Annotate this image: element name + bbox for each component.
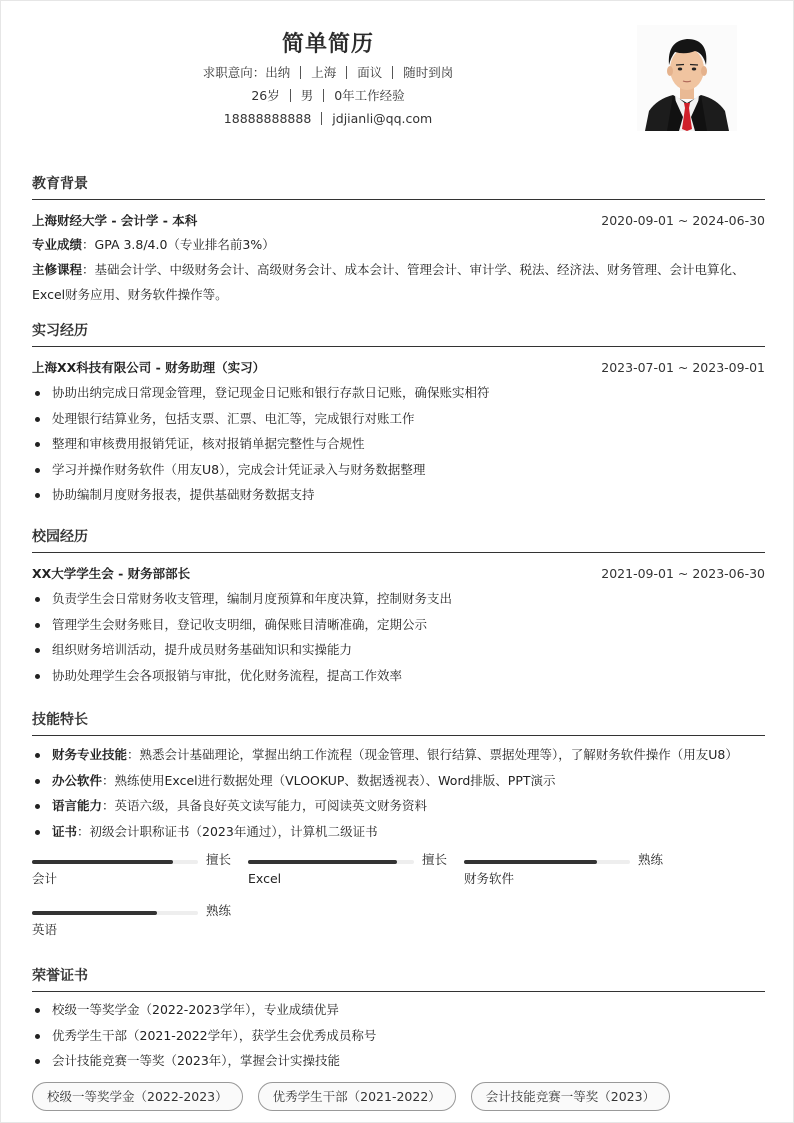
- internship-date: 2023-07-01 ~ 2023-09-01: [601, 357, 765, 379]
- skill-fill: [32, 860, 173, 864]
- section-title: 教育背景: [32, 173, 765, 200]
- courses-label: 主修课程: [32, 262, 82, 277]
- list-item: 校级一等奖学金（2022-2023学年），专业成绩优异: [32, 997, 765, 1023]
- campus-duties: 负责学生会日常财务收支管理，编制月度预算和年度决算，控制财务支出 管理学生会财务…: [32, 586, 765, 688]
- skill-level: 擅长: [206, 852, 231, 868]
- skill-level: 熟练: [638, 852, 663, 868]
- honor-tag: 优秀学生干部（2021-2022）: [258, 1082, 456, 1111]
- courses-line: 主修课程：基础会计学、中级财务会计、高级财务会计、成本会计、管理会计、审计学、税…: [32, 257, 765, 307]
- list-item: 办公软件：熟练使用Excel进行数据处理（VLOOKUP、数据透视表）、Word…: [32, 768, 765, 794]
- courses-value: ：基础会计学、中级财务会计、高级财务会计、成本会计、管理会计、审计学、税法、经济…: [32, 262, 745, 302]
- section-title: 技能特长: [32, 709, 765, 736]
- skill-name: Excel: [248, 870, 281, 888]
- gpa-label: 专业成绩: [32, 237, 82, 252]
- org-position: XX大学学生会 - 财务部部长: [32, 563, 190, 585]
- list-item: 财务专业技能：熟悉会计基础理论，掌握出纳工作流程（现金管理、银行结算、票据处理等…: [32, 742, 765, 768]
- skill-level: 擅长: [422, 852, 447, 868]
- age: 26岁: [251, 88, 279, 103]
- experience: 0年工作经验: [334, 88, 404, 103]
- list-item: 证书：初级会计职称证书（2023年通过），计算机二级证书: [32, 819, 765, 845]
- phone: 18888888888: [224, 111, 311, 126]
- section-title: 荣誉证书: [32, 965, 765, 992]
- separator: [346, 66, 347, 79]
- list-item: 协助编制月度财务报表，提供基础财务数据支持: [32, 482, 765, 508]
- honor-tags: 校级一等奖学金（2022-2023） 优秀学生干部（2021-2022） 会计技…: [32, 1082, 765, 1111]
- skill-text: ：熟练使用Excel进行数据处理（VLOOKUP、数据透视表）、Word排版、P…: [102, 773, 556, 788]
- skill-label: 办公软件: [52, 773, 102, 788]
- education-section: 教育背景 上海财经大学 - 会计学 - 本科 2020-09-01 ~ 2024…: [32, 173, 765, 307]
- skill-label: 语言能力: [52, 798, 102, 813]
- section-title: 实习经历: [32, 320, 765, 347]
- resume-header: 简单简历 求职意向：出纳上海面议随时到岗 26岁男0年工作经验 18888888…: [1, 29, 655, 130]
- skill-track: [32, 860, 198, 864]
- personal-info-line: 26岁男0年工作经验: [1, 84, 655, 107]
- campus-date: 2021-09-01 ~ 2023-06-30: [601, 563, 765, 585]
- skill-track: [248, 860, 414, 864]
- skill-fill: [464, 860, 597, 864]
- separator: [321, 112, 322, 125]
- list-item: 协助处理学生会各项报销与审批，优化财务流程，提高工作效率: [32, 663, 765, 689]
- skill-label: 证书: [52, 824, 77, 839]
- location: 上海: [311, 65, 336, 80]
- job-intent-line: 求职意向：出纳上海面议随时到岗: [1, 61, 655, 84]
- skill-bar-accounting: 擅长 会计: [32, 854, 237, 894]
- skill-bar-english: 熟练 英语: [32, 905, 237, 945]
- skill-bars: 擅长 会计 擅长 Excel 熟练 财务软件 熟练 英语: [32, 854, 765, 966]
- separator: [323, 89, 324, 102]
- resume-title: 简单简历: [1, 29, 655, 61]
- availability: 随时到岗: [403, 65, 453, 80]
- skill-track: [32, 911, 198, 915]
- gpa-value: ：GPA 3.8/4.0（专业排名前3%）: [82, 237, 275, 252]
- honor-tag: 会计技能竞赛一等奖（2023）: [471, 1082, 670, 1111]
- skill-text: ：熟悉会计基础理论，掌握出纳工作流程（现金管理、银行结算、票据处理等），了解财务…: [127, 747, 738, 762]
- education-entry-header: 上海财经大学 - 会计学 - 本科 2020-09-01 ~ 2024-06-3…: [32, 210, 765, 232]
- skills-section: 技能特长 财务专业技能：熟悉会计基础理论，掌握出纳工作流程（现金管理、银行结算、…: [32, 709, 765, 966]
- gpa-line: 专业成绩：GPA 3.8/4.0（专业排名前3%）: [32, 232, 765, 257]
- job-intent: 求职意向：出纳: [203, 65, 291, 80]
- internship-duties: 协助出纳完成日常现金管理，登记现金日记账和银行存款日记账，确保账实相符 处理银行…: [32, 380, 765, 508]
- skill-fill: [248, 860, 397, 864]
- list-item: 协助出纳完成日常现金管理，登记现金日记账和银行存款日记账，确保账实相符: [32, 380, 765, 406]
- list-item: 学习并操作财务软件（用友U8），完成会计凭证录入与财务数据整理: [32, 457, 765, 483]
- resume-page: 简单简历 求职意向：出纳上海面议随时到岗 26岁男0年工作经验 18888888…: [0, 0, 794, 1123]
- skill-name: 财务软件: [464, 870, 514, 888]
- honor-tag: 校级一等奖学金（2022-2023）: [32, 1082, 243, 1111]
- skill-text: ：英语六级，具备良好英文读写能力，可阅读英文财务资料: [102, 798, 427, 813]
- list-item: 优秀学生干部（2021-2022学年），获学生会优秀成员称号: [32, 1023, 765, 1049]
- list-item: 处理银行结算业务，包括支票、汇票、电汇等，完成银行对账工作: [32, 406, 765, 432]
- internship-entry-header: 上海XX科技有限公司 - 财务助理（实习） 2023-07-01 ~ 2023-…: [32, 357, 765, 379]
- separator: [300, 66, 301, 79]
- education-date: 2020-09-01 ~ 2024-06-30: [601, 210, 765, 232]
- salary: 面议: [357, 65, 382, 80]
- list-item: 语言能力：英语六级，具备良好英文读写能力，可阅读英文财务资料: [32, 793, 765, 819]
- section-title: 校园经历: [32, 526, 765, 553]
- skill-bar-excel: 擅长 Excel: [248, 854, 453, 894]
- school-degree: 上海财经大学 - 会计学 - 本科: [32, 210, 197, 232]
- avatar-photo: [637, 25, 737, 131]
- campus-entry-header: XX大学学生会 - 财务部部长 2021-09-01 ~ 2023-06-30: [32, 563, 765, 585]
- contact-line: 18888888888jdjianli@qq.com: [1, 107, 655, 130]
- skills-list: 财务专业技能：熟悉会计基础理论，掌握出纳工作流程（现金管理、银行结算、票据处理等…: [32, 742, 765, 844]
- company-position: 上海XX科技有限公司 - 财务助理（实习）: [32, 357, 265, 379]
- internship-section: 实习经历 上海XX科技有限公司 - 财务助理（实习） 2023-07-01 ~ …: [32, 320, 765, 508]
- skill-text: ：初级会计职称证书（2023年通过），计算机二级证书: [77, 824, 378, 839]
- skill-name: 会计: [32, 870, 57, 888]
- email: jdjianli@qq.com: [332, 111, 432, 126]
- skill-level: 熟练: [206, 903, 231, 919]
- skill-name: 英语: [32, 921, 57, 939]
- list-item: 整理和审核费用报销凭证，核对报销单据完整性与合规性: [32, 431, 765, 457]
- list-item: 组织财务培训活动，提升成员财务基础知识和实操能力: [32, 637, 765, 663]
- skill-fill: [32, 911, 157, 915]
- skill-track: [464, 860, 630, 864]
- skill-bar-finance-software: 熟练 财务软件: [464, 854, 669, 894]
- campus-section: 校园经历 XX大学学生会 - 财务部部长 2021-09-01 ~ 2023-0…: [32, 526, 765, 688]
- separator: [392, 66, 393, 79]
- honors-list: 校级一等奖学金（2022-2023学年），专业成绩优异 优秀学生干部（2021-…: [32, 997, 765, 1074]
- honors-section: 荣誉证书 校级一等奖学金（2022-2023学年），专业成绩优异 优秀学生干部（…: [32, 965, 765, 1111]
- list-item: 负责学生会日常财务收支管理，编制月度预算和年度决算，控制财务支出: [32, 586, 765, 612]
- list-item: 管理学生会财务账目，登记收支明细，确保账目清晰准确，定期公示: [32, 612, 765, 638]
- list-item: 会计技能竞赛一等奖（2023年），掌握会计实操技能: [32, 1048, 765, 1074]
- separator: [290, 89, 291, 102]
- skill-label: 财务专业技能: [52, 747, 127, 762]
- gender: 男: [301, 88, 314, 103]
